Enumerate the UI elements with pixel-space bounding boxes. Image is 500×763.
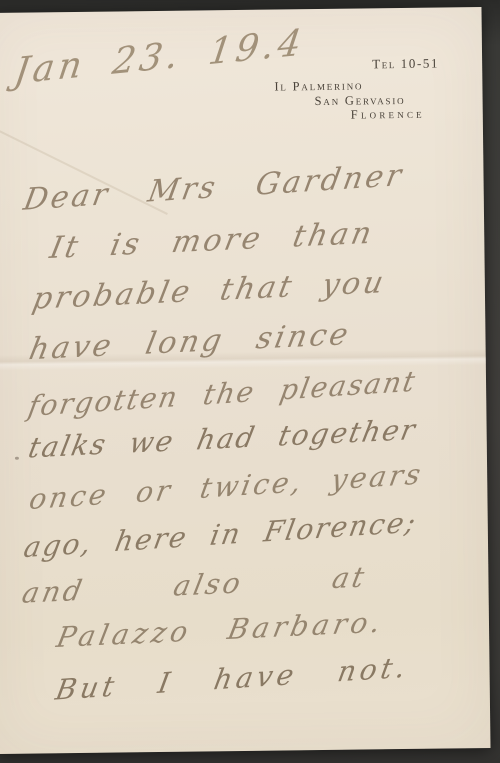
handwriting-line: probable that you	[30, 265, 390, 317]
handwriting-line: ago, here in Florence;	[21, 505, 420, 564]
letterhead-telephone: Tel 10-51	[372, 56, 439, 73]
letterhead-city: Florence	[351, 107, 425, 123]
handwriting-line: But I have not.	[53, 650, 412, 706]
letter-paper: Tel 10-51 Il Palmerino San Gervasio Flor…	[0, 7, 491, 754]
scan-background: Tel 10-51 Il Palmerino San Gervasio Flor…	[0, 0, 500, 763]
letterhead-villa-name: Il Palmerino	[274, 78, 363, 94]
handwriting-line: Palazzo Barbaro.	[54, 605, 387, 654]
handwriting-line: forgotten the pleasant	[26, 364, 420, 423]
handwriting-line: talks we had together	[26, 413, 420, 465]
handwriting-line: It is more than	[47, 216, 377, 267]
paper-speck	[15, 457, 19, 460]
handwritten-date: Jan 23. 19.4	[12, 22, 308, 93]
handwriting-line: and also at	[19, 560, 370, 610]
handwriting-line: Dear Mrs Gardner	[21, 158, 407, 218]
handwriting-line: once or twice, years	[27, 457, 427, 516]
